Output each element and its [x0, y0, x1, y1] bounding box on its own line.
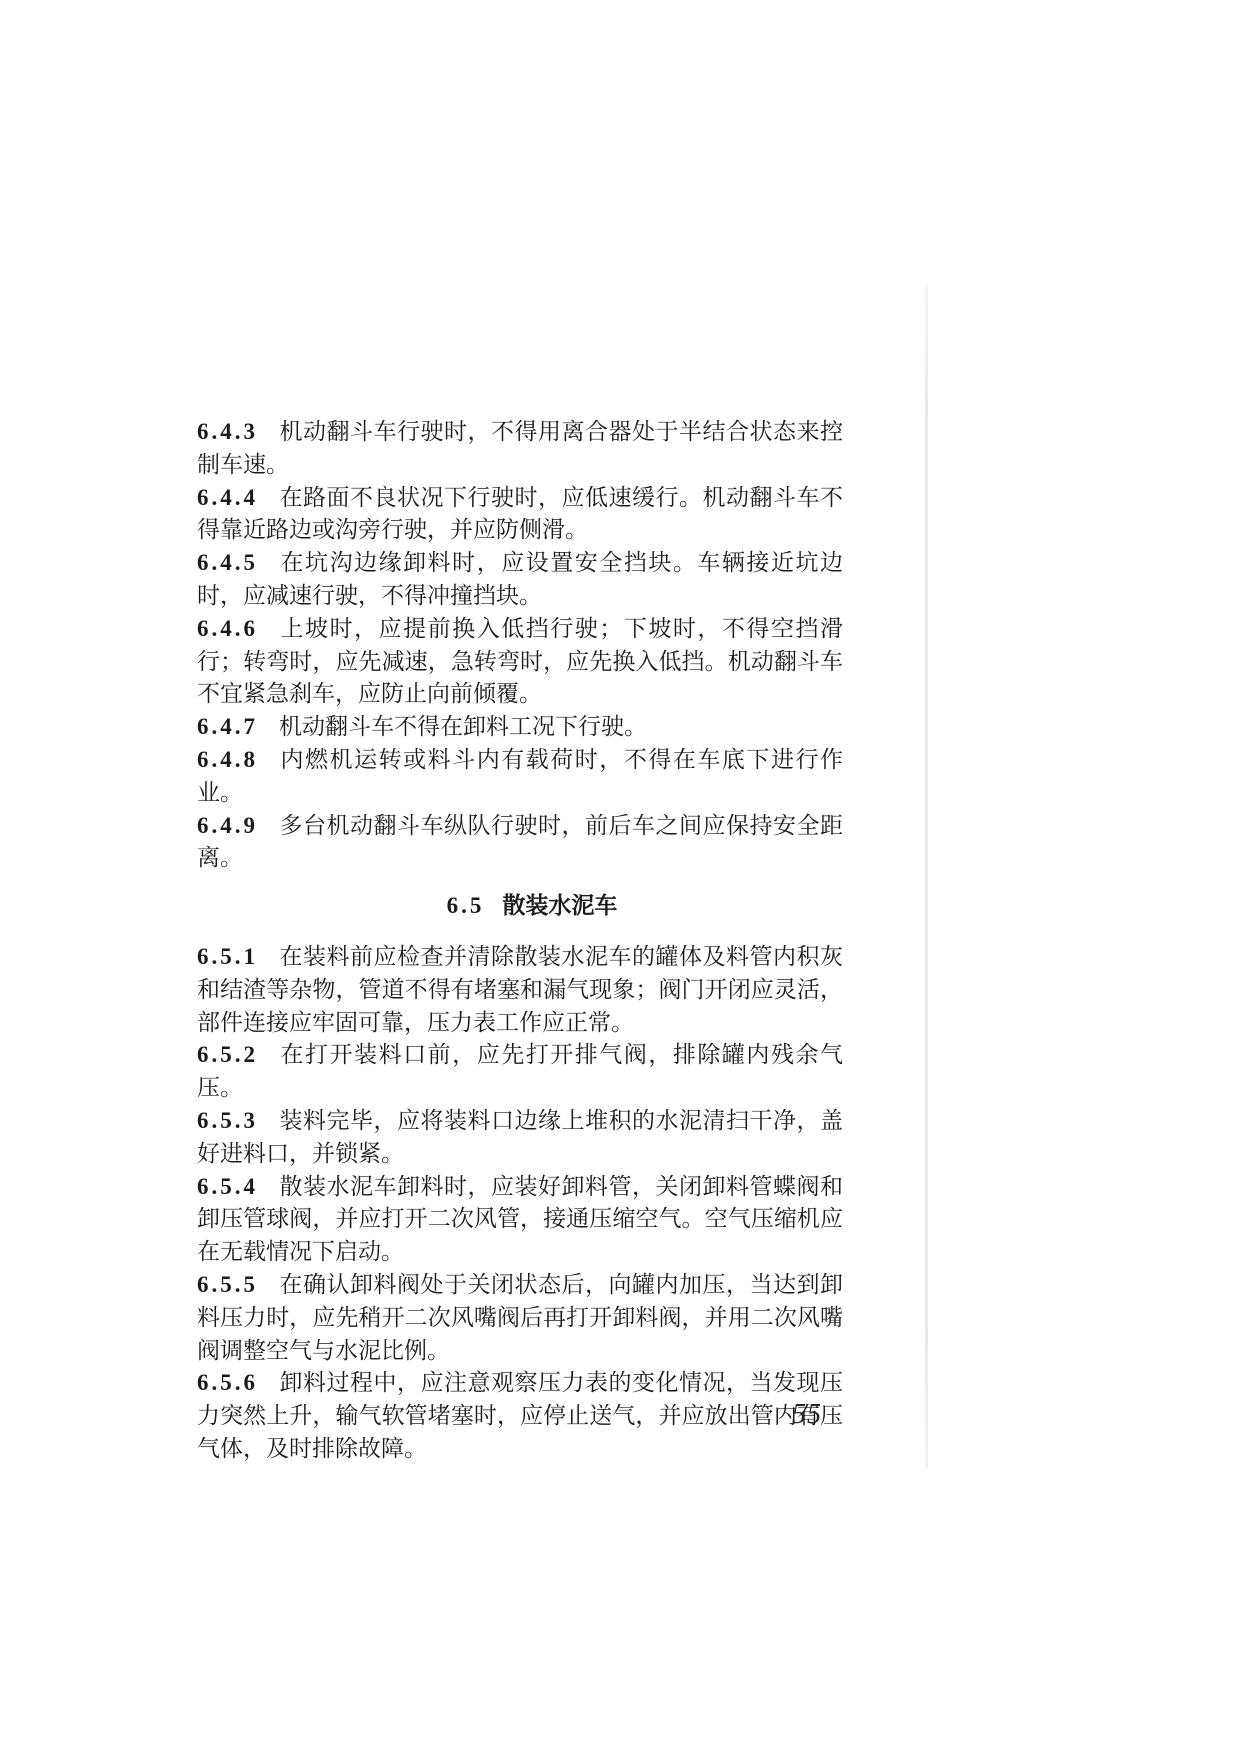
clause-number: 6.4.9: [197, 813, 279, 838]
document-page: 6.4.3机动翻斗车行驶时，不得用离合器处于半结合状态来控制车速。 6.4.4在…: [0, 0, 1240, 1754]
clause-number: 6.5.2: [197, 1042, 279, 1067]
section-heading-title: 散装水泥车: [502, 893, 617, 918]
clause-6-5-5: 6.5.5在确认卸料阀处于关闭状态后，向罐内加压，当达到卸料压力时，应先稍开二次…: [197, 1269, 843, 1367]
page-edge-scan-artifact: [925, 283, 928, 1468]
clause-number: 6.4.4: [197, 485, 279, 510]
clause-text: 在坑沟边缘卸料时，应设置安全挡块。车辆接近坑边时，应减速行驶，不得冲撞挡块。: [197, 550, 843, 608]
clause-6-4-7: 6.4.7机动翻斗车不得在卸料工况下行驶。: [197, 711, 843, 744]
clause-text: 机动翻斗车行驶时，不得用离合器处于半结合状态来控制车速。: [197, 419, 843, 477]
clause-text: 上坡时，应提前换入低挡行驶；下坡时，不得空挡滑行；转弯时，应先减速，急转弯时，应…: [197, 616, 843, 707]
clause-number: 6.5.1: [197, 944, 279, 969]
section-heading-number: 6.5: [447, 893, 503, 918]
clause-6-4-9: 6.4.9多台机动翻斗车纵队行驶时，前后车之间应保持安全距离。: [197, 810, 843, 876]
clause-6-4-8: 6.4.8内燃机运转或料斗内有载荷时，不得在车底下进行作业。: [197, 744, 843, 810]
clause-text: 在装料前应检查并清除散装水泥车的罐体及料管内积灰和结渣等杂物，管道不得有堵塞和漏…: [197, 944, 843, 1035]
clause-number: 6.5.5: [197, 1272, 279, 1297]
page-number: 55: [792, 1399, 822, 1431]
clause-6-4-3: 6.4.3机动翻斗车行驶时，不得用离合器处于半结合状态来控制车速。: [197, 416, 843, 482]
clause-text: 卸料过程中，应注意观察压力表的变化情况，当发现压力突然上升，输气软管堵塞时，应停…: [197, 1370, 843, 1461]
clause-text: 散装水泥车卸料时，应装好卸料管，关闭卸料管蝶阀和卸压管球阀，并应打开二次风管，接…: [197, 1174, 843, 1265]
clause-number: 6.5.6: [197, 1370, 279, 1395]
text-block: 6.4.3机动翻斗车行驶时，不得用离合器处于半结合状态来控制车速。 6.4.4在…: [197, 416, 843, 1466]
clause-number: 6.4.8: [197, 747, 279, 772]
clause-number: 6.5.3: [197, 1108, 279, 1133]
clause-number: 6.5.4: [197, 1174, 279, 1199]
clause-text: 内燃机运转或料斗内有载荷时，不得在车底下进行作业。: [197, 747, 843, 805]
clause-text: 装料完毕，应将装料口边缘上堆积的水泥清扫干净，盖好进料口，并锁紧。: [197, 1108, 843, 1166]
clause-text: 机动翻斗车不得在卸料工况下行驶。: [279, 714, 647, 739]
clause-6-5-1: 6.5.1在装料前应检查并清除散装水泥车的罐体及料管内积灰和结渣等杂物，管道不得…: [197, 941, 843, 1039]
clause-6-5-6: 6.5.6卸料过程中，应注意观察压力表的变化情况，当发现压力突然上升，输气软管堵…: [197, 1367, 843, 1465]
section-heading-6-5: 6.5散装水泥车: [209, 890, 855, 923]
clause-number: 6.4.5: [197, 550, 279, 575]
clause-6-4-5: 6.4.5在坑沟边缘卸料时，应设置安全挡块。车辆接近坑边时，应减速行驶，不得冲撞…: [197, 547, 843, 613]
clause-number: 6.4.6: [197, 616, 279, 641]
clause-6-5-3: 6.5.3装料完毕，应将装料口边缘上堆积的水泥清扫干净，盖好进料口，并锁紧。: [197, 1105, 843, 1171]
clause-number: 6.4.7: [197, 714, 279, 739]
clause-6-4-6: 6.4.6上坡时，应提前换入低挡行驶；下坡时，不得空挡滑行；转弯时，应先减速，急…: [197, 613, 843, 711]
clause-6-5-2: 6.5.2在打开装料口前，应先打开排气阀，排除罐内残余气压。: [197, 1039, 843, 1105]
clause-text: 在确认卸料阀处于关闭状态后，向罐内加压，当达到卸料压力时，应先稍开二次风嘴阀后再…: [197, 1272, 843, 1363]
clause-text: 在路面不良状况下行驶时，应低速缓行。机动翻斗车不得靠近路边或沟旁行驶，并应防侧滑…: [197, 485, 843, 543]
clause-6-5-4: 6.5.4散装水泥车卸料时，应装好卸料管，关闭卸料管蝶阀和卸压管球阀，并应打开二…: [197, 1171, 843, 1269]
clause-text: 多台机动翻斗车纵队行驶时，前后车之间应保持安全距离。: [197, 813, 843, 871]
clause-6-4-4: 6.4.4在路面不良状况下行驶时，应低速缓行。机动翻斗车不得靠近路边或沟旁行驶，…: [197, 482, 843, 548]
clause-number: 6.4.3: [197, 419, 279, 444]
clause-text: 在打开装料口前，应先打开排气阀，排除罐内残余气压。: [197, 1042, 843, 1100]
